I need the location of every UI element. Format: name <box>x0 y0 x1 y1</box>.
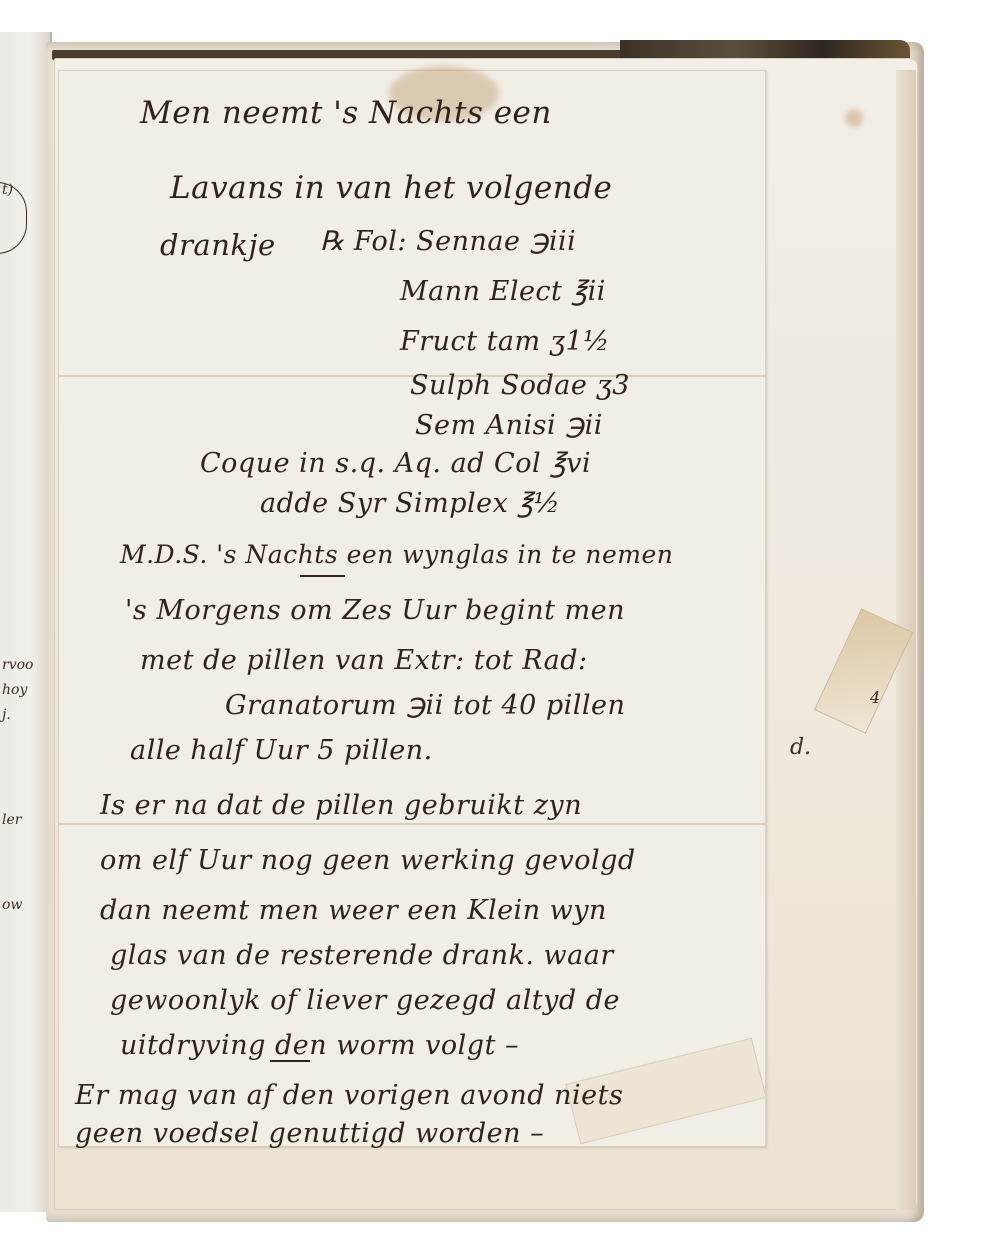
text-line: glas van de resterende drank. waar <box>110 940 614 971</box>
text-line: adde Syr Simplex ℥½ <box>260 488 560 519</box>
margin-fragment: rvoo <box>2 657 33 673</box>
text-line: Granatorum ℈ii tot 40 pillen <box>225 690 625 721</box>
text-line: geen voedsel genuttigd worden – <box>75 1118 544 1149</box>
text-line: Fruct tam ʒ1½ <box>400 326 610 357</box>
text-line: gewoonlyk of liever gezegd altyd de <box>110 985 620 1016</box>
text-line: met de pillen van Extr: tot Rad: <box>140 645 588 676</box>
text-line: uitdryving den worm volgt – <box>120 1030 519 1061</box>
margin-fragment: j. <box>2 707 11 723</box>
text-line: ℞ Fol: Sennae ℈iii <box>320 226 576 257</box>
underline-mark <box>270 1060 310 1062</box>
text-line: Coque in s.q. Aq. ad Col ℥vi <box>200 448 591 479</box>
edge-fragment: 4 <box>870 688 880 707</box>
text-line: Men neemt 's Nachts een <box>140 95 552 131</box>
facing-page-left: t) rvoo hoy j. ler ow <box>0 32 52 1212</box>
text-line: Lavans in van het volgende <box>170 170 612 206</box>
text-line: Sem Anisi ℈ii <box>415 410 603 441</box>
text-line: 's Morgens om Zes Uur begint men <box>125 595 625 626</box>
fold-line <box>59 823 765 825</box>
edge-fragment: d. <box>790 735 811 760</box>
margin-fragment: ler <box>2 812 21 828</box>
margin-fragment: t) <box>2 182 13 198</box>
text-line: Is er na dat de pillen gebruikt zyn <box>100 790 582 821</box>
text-line: drankje <box>160 228 276 262</box>
text-line: alle half Uur 5 pillen. <box>130 735 433 766</box>
text-line: dan neemt men weer een Klein wyn <box>100 895 607 926</box>
margin-fragment: hoy <box>2 682 27 698</box>
separator-mark <box>300 575 345 577</box>
text-line: Er mag van af den vorigen avond niets <box>75 1080 623 1111</box>
stain <box>845 109 863 127</box>
text-line: Mann Elect ℥ii <box>400 276 606 307</box>
text-line: om elf Uur nog geen werking gevolgd <box>100 845 636 876</box>
margin-fragment: ow <box>2 897 22 913</box>
text-line: M.D.S. 's Nachts een wynglas in te nemen <box>120 540 673 569</box>
text-line: Sulph Sodae ʒ3 <box>410 370 630 401</box>
